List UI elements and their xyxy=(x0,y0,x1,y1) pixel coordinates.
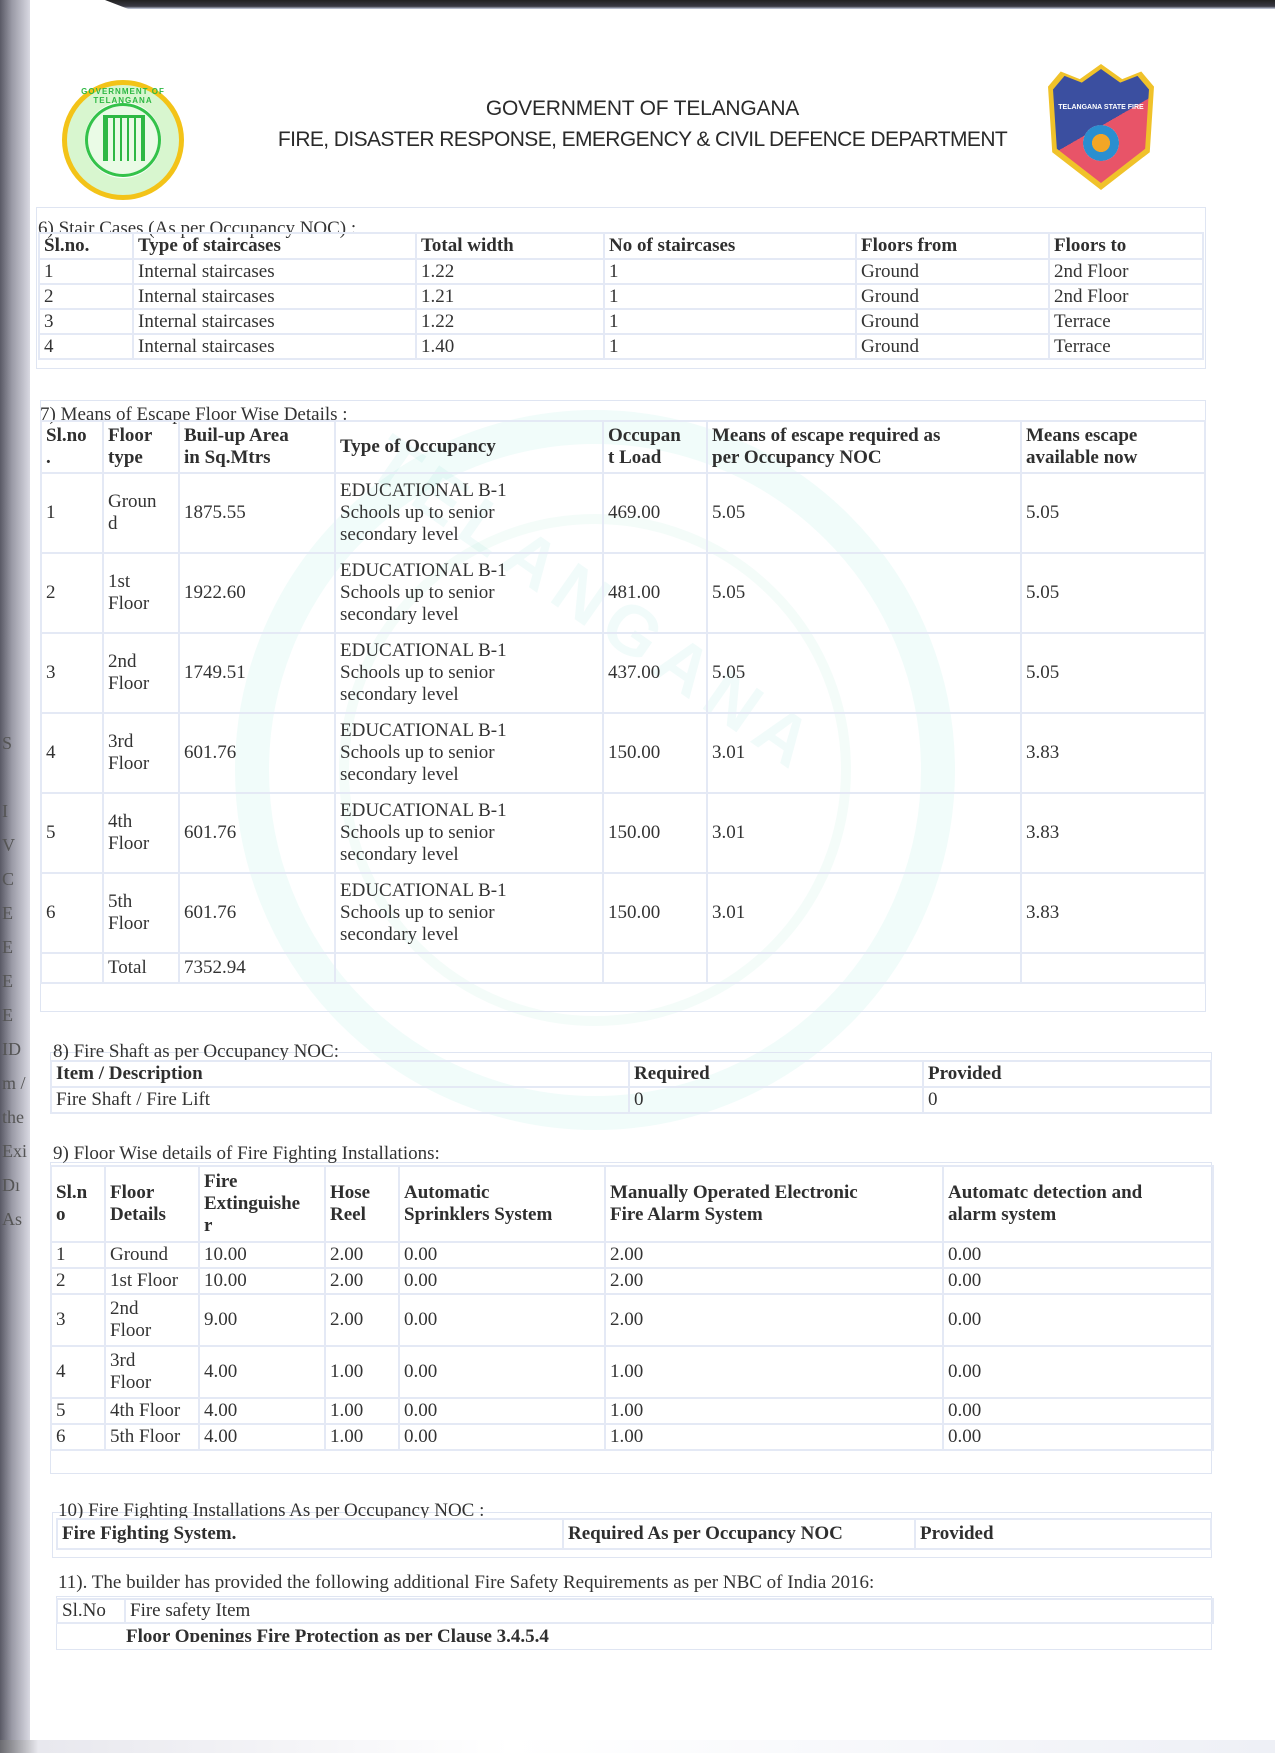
additional-header-row: Sl.NoFire safety Item xyxy=(57,1599,1213,1623)
table-cell: 0.00 xyxy=(943,1398,1213,1424)
fragment-text: As xyxy=(2,1206,30,1240)
table-cell: 2.00 xyxy=(605,1268,943,1294)
fragment-text: V xyxy=(2,832,30,866)
column-header: Buil-up Areain Sq.Mtrs xyxy=(179,421,335,473)
table-cell: 2.00 xyxy=(325,1268,399,1294)
table-row: 43rdFloor601.76EDUCATIONAL B-1Schools up… xyxy=(41,713,1205,793)
table-cell: 3.83 xyxy=(1021,873,1205,953)
table-cell: 1 xyxy=(604,309,856,334)
fragment-text: S xyxy=(2,730,30,764)
total-area-value: 7352.94 xyxy=(179,953,335,983)
table-cell: 3.01 xyxy=(707,713,1021,793)
column-header: HoseReel xyxy=(325,1166,399,1242)
table-cell: 1.22 xyxy=(416,259,604,284)
table-cell: EDUCATIONAL B-1Schools up to seniorsecon… xyxy=(335,713,603,793)
table-cell: 3rdFloor xyxy=(103,713,179,793)
staircases-header-row: Sl.no.Type of staircasesTotal widthNo of… xyxy=(39,233,1203,259)
table-cell xyxy=(41,953,103,983)
table-cell: 0.00 xyxy=(399,1424,605,1450)
fragment-text: Dı xyxy=(2,1172,30,1206)
fragment-text: m / xyxy=(2,1070,30,1104)
table-row: 54th Floor4.001.000.001.000.00 xyxy=(51,1398,1213,1424)
table-row: 21stFloor1922.60EDUCATIONAL B-1Schools u… xyxy=(41,553,1205,633)
table-cell: EDUCATIONAL B-1Schools up to seniorsecon… xyxy=(335,873,603,953)
table-cell: 3.83 xyxy=(1021,793,1205,873)
table-cell: Ground xyxy=(103,473,179,553)
table-cell: 1.00 xyxy=(605,1424,943,1450)
table-cell: 1.00 xyxy=(325,1398,399,1424)
column-header: Means of escape required asper Occupancy… xyxy=(707,421,1021,473)
column-header: Means escapeavailable now xyxy=(1021,421,1205,473)
table-cell: EDUCATIONAL B-1Schools up to seniorsecon… xyxy=(335,793,603,873)
table-row: 21st Floor10.002.000.002.000.00 xyxy=(51,1268,1213,1294)
table-cell: 1.22 xyxy=(416,309,604,334)
fire-shaft-header-row: Item / DescriptionRequiredProvided xyxy=(51,1061,1211,1087)
column-header: Type of Occupancy xyxy=(335,421,603,473)
table-row: 54thFloor601.76EDUCATIONAL B-1Schools up… xyxy=(41,793,1205,873)
fragment-text: I xyxy=(2,798,30,832)
table-cell: Ground xyxy=(856,259,1049,284)
column-header: Type of staircases xyxy=(133,233,416,259)
column-header: Required xyxy=(629,1061,923,1087)
column-header: AutomaticSprinklers System xyxy=(399,1166,605,1242)
table-cell: 4th Floor xyxy=(105,1398,199,1424)
table-cell: 4 xyxy=(39,334,133,359)
column-header: Total width xyxy=(416,233,604,259)
table-cell: 1749.51 xyxy=(179,633,335,713)
table-cell: 6 xyxy=(41,873,103,953)
table-cell: 0 xyxy=(629,1087,923,1113)
table-row: 32ndFloor9.002.000.002.000.00 xyxy=(51,1294,1213,1346)
table-row: 65thFloor601.76EDUCATIONAL B-1Schools up… xyxy=(41,873,1205,953)
table-cell: 4 xyxy=(51,1346,105,1398)
table-row: 3Internal staircases1.221GroundTerrace xyxy=(39,309,1203,334)
table-row: Fire Shaft / Fire Lift00 xyxy=(51,1087,1211,1113)
fragment-text: E xyxy=(2,968,30,1002)
additional-requirements-table: Sl.NoFire safety Item xyxy=(56,1598,1214,1624)
fragment-text: ID xyxy=(2,1036,30,1070)
column-header: Floors from xyxy=(856,233,1049,259)
table-row: 4Internal staircases1.401GroundTerrace xyxy=(39,334,1203,359)
table-cell: 1 xyxy=(51,1242,105,1268)
fragment-text xyxy=(2,764,30,798)
table-row: 1Internal staircases1.221Ground2nd Floor xyxy=(39,259,1203,284)
table-cell: 150.00 xyxy=(603,873,707,953)
table-row: 32ndFloor1749.51EDUCATIONAL B-1Schools u… xyxy=(41,633,1205,713)
column-header: Provided xyxy=(915,1519,1211,1549)
table-cell: 2ndFloor xyxy=(103,633,179,713)
table-cell: 0.00 xyxy=(943,1346,1213,1398)
table-cell: 2 xyxy=(41,553,103,633)
table-cell: 3 xyxy=(41,633,103,713)
table-cell: 0.00 xyxy=(399,1268,605,1294)
column-header: Sl.no. xyxy=(41,421,103,473)
column-header: Floortype xyxy=(103,421,179,473)
table-cell: 0.00 xyxy=(943,1242,1213,1268)
table-cell xyxy=(707,953,1021,983)
table-cell: 6 xyxy=(51,1424,105,1450)
fragment-text: the xyxy=(2,1104,30,1138)
table-cell: Terrace xyxy=(1049,334,1203,359)
column-header: Item / Description xyxy=(51,1061,629,1087)
table-cell: Ground xyxy=(856,309,1049,334)
table-cell: 0.00 xyxy=(399,1398,605,1424)
table-cell: 5.05 xyxy=(1021,553,1205,633)
table-cell: 1.40 xyxy=(416,334,604,359)
means-of-escape-table: Sl.no.FloortypeBuil-up Areain Sq.MtrsTyp… xyxy=(40,420,1206,984)
table-cell: 0.00 xyxy=(943,1294,1213,1346)
table-cell: 3 xyxy=(51,1294,105,1346)
table-cell: EDUCATIONAL B-1Schools up to seniorsecon… xyxy=(335,473,603,553)
table-cell: 601.76 xyxy=(179,873,335,953)
table-cell: 2.00 xyxy=(325,1242,399,1268)
staircases-table: Sl.no.Type of staircasesTotal widthNo of… xyxy=(38,232,1204,360)
table-cell: 5 xyxy=(51,1398,105,1424)
fragment-text: Exi xyxy=(2,1138,30,1172)
table-cell: 1.00 xyxy=(605,1346,943,1398)
table-cell: 4.00 xyxy=(199,1346,325,1398)
table-cell: 3.01 xyxy=(707,793,1021,873)
noc-installations-header-row: Fire Fighting System.Required As per Occ… xyxy=(57,1519,1211,1549)
table-cell: 4.00 xyxy=(199,1398,325,1424)
installations-header-row: Sl.noFloorDetailsFireExtinguisherHoseRee… xyxy=(51,1166,1213,1242)
table-cell: 0.00 xyxy=(943,1268,1213,1294)
total-label: Total xyxy=(103,953,179,983)
table-cell: 1.00 xyxy=(325,1424,399,1450)
table-cell: 3 xyxy=(39,309,133,334)
scan-edge-bottom xyxy=(0,1740,1275,1753)
table-cell: Internal staircases xyxy=(133,284,416,309)
table-cell: 2.00 xyxy=(605,1242,943,1268)
table-cell: 1 xyxy=(604,284,856,309)
column-header: FloorDetails xyxy=(105,1166,199,1242)
table-cell: 1 xyxy=(39,259,133,284)
table-row: 1Ground1875.55EDUCATIONAL B-1Schools up … xyxy=(41,473,1205,553)
table-cell: 5.05 xyxy=(707,473,1021,553)
column-header: Fire Fighting System. xyxy=(57,1519,563,1549)
table-cell: 5.05 xyxy=(707,553,1021,633)
table-cell: 601.76 xyxy=(179,713,335,793)
table-cell: 2.00 xyxy=(605,1294,943,1346)
table-cell: 0 xyxy=(923,1087,1211,1113)
fragment-text: E xyxy=(2,934,30,968)
scan-edge-top xyxy=(105,0,1275,9)
table-cell: Ground xyxy=(856,284,1049,309)
column-header: FireExtinguisher xyxy=(199,1166,325,1242)
table-cell: Fire Shaft / Fire Lift xyxy=(51,1087,629,1113)
table-cell: 2 xyxy=(51,1268,105,1294)
total-row: Total7352.94 xyxy=(41,953,1205,983)
table-cell: 1.00 xyxy=(605,1398,943,1424)
fragment-text: E xyxy=(2,1002,30,1036)
section-9-title: 9) Floor Wise details of Fire Fighting I… xyxy=(53,1143,440,1165)
column-header: Sl.no xyxy=(51,1166,105,1242)
table-cell: 1875.55 xyxy=(179,473,335,553)
table-cell: 5.05 xyxy=(1021,473,1205,553)
table-cell: 2nd Floor xyxy=(1049,259,1203,284)
table-cell: 150.00 xyxy=(603,793,707,873)
table-cell: 1stFloor xyxy=(103,553,179,633)
column-header: No of staircases xyxy=(604,233,856,259)
table-cell: 4thFloor xyxy=(103,793,179,873)
table-cell: 9.00 xyxy=(199,1294,325,1346)
adjacent-page-fragment: SIVCEEEEIDm /theExiDıAs xyxy=(0,730,30,1610)
table-cell: 481.00 xyxy=(603,553,707,633)
table-cell: 5 xyxy=(41,793,103,873)
column-header: Floors to xyxy=(1049,233,1203,259)
table-row: 2Internal staircases1.211Ground2nd Floor xyxy=(39,284,1203,309)
table-cell: 0.00 xyxy=(943,1424,1213,1450)
table-cell: 5.05 xyxy=(707,633,1021,713)
column-header: Automatc detection andalarm system xyxy=(943,1166,1213,1242)
table-cell: 469.00 xyxy=(603,473,707,553)
table-cell: 1st Floor xyxy=(105,1268,199,1294)
table-cell xyxy=(335,953,603,983)
table-cell: 4 xyxy=(41,713,103,793)
column-header: Manually Operated ElectronicFire Alarm S… xyxy=(605,1166,943,1242)
table-cell: 5th Floor xyxy=(105,1424,199,1450)
table-cell: Internal staircases xyxy=(133,334,416,359)
noc-installations-table: Fire Fighting System.Required As per Occ… xyxy=(56,1518,1212,1550)
column-header: Sl.No xyxy=(57,1599,125,1623)
table-cell: Internal staircases xyxy=(133,309,416,334)
additional-item-1-cut: Floor Openings Fire Protection as per Cl… xyxy=(126,1626,686,1642)
table-cell: 150.00 xyxy=(603,713,707,793)
table-cell: 2ndFloor xyxy=(105,1294,199,1346)
fragment-text: E xyxy=(2,900,30,934)
table-cell: 5.05 xyxy=(1021,633,1205,713)
table-cell: 1.00 xyxy=(325,1346,399,1398)
table-cell: 3.83 xyxy=(1021,713,1205,793)
table-row: 43rdFloor4.001.000.001.000.00 xyxy=(51,1346,1213,1398)
table-cell: 1 xyxy=(604,259,856,284)
table-cell xyxy=(603,953,707,983)
column-header: Provided xyxy=(923,1061,1211,1087)
table-cell: 0.00 xyxy=(399,1242,605,1268)
table-cell: 10.00 xyxy=(199,1242,325,1268)
fragment-text: C xyxy=(2,866,30,900)
table-cell: Ground xyxy=(105,1242,199,1268)
badge-text: TELANGANA STATE FIRE xyxy=(1053,103,1149,112)
table-cell: 2 xyxy=(39,284,133,309)
table-cell: 3.01 xyxy=(707,873,1021,953)
table-row: 1Ground10.002.000.002.000.00 xyxy=(51,1242,1213,1268)
badge-seal-icon xyxy=(1083,125,1119,161)
table-cell: EDUCATIONAL B-1Schools up to seniorsecon… xyxy=(335,633,603,713)
escape-header-row: Sl.no.FloortypeBuil-up Areain Sq.MtrsTyp… xyxy=(41,421,1205,473)
table-cell: EDUCATIONAL B-1Schools up to seniorsecon… xyxy=(335,553,603,633)
table-cell: 5thFloor xyxy=(103,873,179,953)
table-cell: Internal staircases xyxy=(133,259,416,284)
table-cell: Terrace xyxy=(1049,309,1203,334)
section-11-title: 11). The builder has provided the follow… xyxy=(58,1572,874,1594)
table-cell: 4.00 xyxy=(199,1424,325,1450)
table-cell: 1922.60 xyxy=(179,553,335,633)
column-header: Sl.no. xyxy=(39,233,133,259)
fire-installations-table: Sl.noFloorDetailsFireExtinguisherHoseRee… xyxy=(50,1165,1214,1451)
table-cell: 1 xyxy=(604,334,856,359)
table-cell: 2.00 xyxy=(325,1294,399,1346)
column-header: Occupant Load xyxy=(603,421,707,473)
table-cell: 1.21 xyxy=(416,284,604,309)
table-cell: 437.00 xyxy=(603,633,707,713)
table-cell: 10.00 xyxy=(199,1268,325,1294)
table-cell: 601.76 xyxy=(179,793,335,873)
table-cell xyxy=(1021,953,1205,983)
table-cell: 0.00 xyxy=(399,1294,605,1346)
column-header: Required As per Occupancy NOC xyxy=(563,1519,915,1549)
fire-shaft-table: Item / DescriptionRequiredProvided Fire … xyxy=(50,1060,1212,1114)
table-cell: 3rdFloor xyxy=(105,1346,199,1398)
table-cell: 2nd Floor xyxy=(1049,284,1203,309)
table-row: 65th Floor4.001.000.001.000.00 xyxy=(51,1424,1213,1450)
table-cell: 1 xyxy=(41,473,103,553)
table-cell: Ground xyxy=(856,334,1049,359)
column-header: Fire safety Item xyxy=(125,1599,1213,1623)
table-cell: 0.00 xyxy=(399,1346,605,1398)
